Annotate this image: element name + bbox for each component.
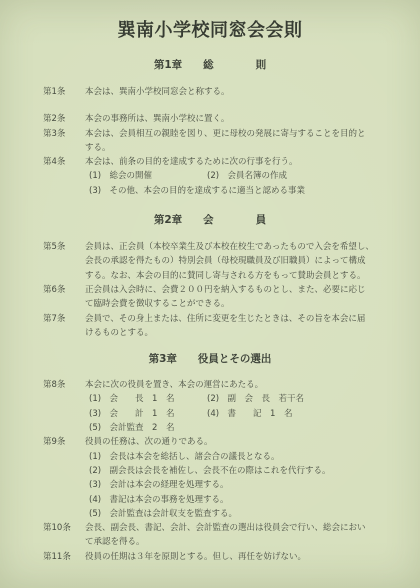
article-item-row: (1) 総会の開催 (2) 会員名簿の作成 [85, 169, 402, 183]
article-11: 第11条 役員の任期は３年を原則とする。但し、再任を妨げない。 [0, 550, 420, 564]
article-item: (1) 総会の開催 [89, 169, 207, 183]
article-9: 第9条 役員の任務は、次の通りである。 (1) 会長は本会を総括し、諸会合の議長… [0, 435, 420, 521]
article-2: 第2条 本会の事務所は、巽南小学校に置く。 [0, 112, 420, 126]
article-5: 第5条 会員は、正会員（本校卒業生及び本校在校生であったもので入会を希望し、 会… [0, 240, 420, 283]
article-8: 第8条 本会に次の役員を置き、本会の運営にあたる。 (1) 会 長 1 名 (2… [0, 378, 420, 435]
article-item-row: (3) 会 計 1 名 (4) 書 記 1 名 [85, 407, 402, 421]
article-line: 本会は、巽南小学校同窓会と称する。 [85, 85, 402, 99]
article-item: (3) 会計は本会の経理を処理する。 [89, 478, 229, 492]
article-line: て承認を得る。 [85, 535, 402, 549]
article-line: 会長の承認を得たもの）特別会員（母校現職員及び旧職員）によって構成 [85, 254, 402, 268]
article-number: 第9条 [43, 435, 85, 449]
article-number: 第7条 [43, 312, 85, 326]
article-line: 本会に次の役員を置き、本会の運営にあたる。 [85, 378, 402, 392]
article-10: 第10条 会長、副会長、書記、会計、会計監査の選出は役員会で行い、総会におい て… [0, 521, 420, 550]
article-number: 第10条 [43, 521, 85, 535]
page-title: 巽南小学校同窓会会則 [0, 20, 420, 42]
article-number: 第11条 [43, 550, 85, 564]
article-line: 会員は、正会員（本校卒業生及び本校在校生であったもので入会を希望し、 [85, 240, 402, 254]
article-item: (2) 会員名簿の作成 [207, 169, 287, 183]
chapter-3-heading: 第3章 役員とその選出 [0, 352, 420, 366]
article-line: て臨時会費を徴収することができる。 [85, 297, 402, 311]
article-line: 役員の任務は、次の通りである。 [85, 435, 402, 449]
article-item: (4) 書記は本会の事務を処理する。 [89, 493, 229, 507]
article-line: 会員で、その身上または、住所に変更を生じたときは、その旨を本会に届 [85, 312, 402, 326]
article-item-row: (2) 副会長は会長を補佐し、会長不在の際はこれを代行する。 [85, 464, 402, 478]
article-4: 第4条 本会は、前条の目的を達成するために次の行事を行う。 (1) 総会の開催 … [0, 155, 420, 198]
article-item: (3) 会 計 1 名 [89, 407, 207, 421]
article-item: (1) 会 長 1 名 [89, 392, 207, 406]
chapter-1-heading: 第1章 総 則 [0, 58, 420, 72]
article-6: 第6条 正会員は入会時に、会費２００円を納入するものとし、また、必要に応じ て臨… [0, 283, 420, 312]
article-number: 第3条 [43, 127, 85, 141]
article-number: 第6条 [43, 283, 85, 297]
article-item: (1) 会長は本会を総括し、諸会合の議長となる。 [89, 450, 280, 464]
article-line: 会長、副会長、書記、会計、会計監査の選出は役員会で行い、総会におい [85, 521, 402, 535]
article-line: する。 [85, 141, 402, 155]
article-item: (5) 会計監査は会計収支を監査する。 [89, 507, 237, 521]
article-item-row: (5) 会計監査は会計収支を監査する。 [85, 507, 402, 521]
article-item: (3) その他、本会の目的を達成するに適当と認める事業 [89, 184, 305, 198]
article-line: 本会の事務所は、巽南小学校に置く。 [85, 112, 402, 126]
article-item-row: (1) 会長は本会を総括し、諸会合の議長となる。 [85, 450, 402, 464]
article-item: (4) 書 記 1 名 [207, 407, 292, 421]
article-line: する。なお、本会の目的に賛同し寄与される方をもって賛助会員とする。 [85, 269, 402, 283]
article-line: 本会は、会員相互の親睦を図り、更に母校の発展に寄与することを目的と [85, 127, 402, 141]
article-item-row: (4) 書記は本会の事務を処理する。 [85, 493, 402, 507]
article-line: 正会員は入会時に、会費２００円を納入するものとし、また、必要に応じ [85, 283, 402, 297]
document-page: 巽南小学校同窓会会則 第1章 総 則 第1条 本会は、巽南小学校同窓会と称する。… [0, 0, 420, 588]
article-1: 第1条 本会は、巽南小学校同窓会と称する。 [0, 85, 420, 99]
article-7: 第7条 会員で、その身上または、住所に変更を生じたときは、その旨を本会に届 ける… [0, 312, 420, 341]
article-item-row: (5) 会計監査 2 名 [85, 421, 402, 435]
article-number: 第1条 [43, 85, 85, 99]
article-item: (2) 副 会 長 若干名 [207, 392, 304, 406]
article-number: 第2条 [43, 112, 85, 126]
article-item-row: (3) その他、本会の目的を達成するに適当と認める事業 [85, 184, 402, 198]
article-item-row: (1) 会 長 1 名 (2) 副 会 長 若干名 [85, 392, 402, 406]
article-number: 第8条 [43, 378, 85, 392]
article-item: (2) 副会長は会長を補佐し、会長不在の際はこれを代行する。 [89, 464, 331, 478]
article-item-row: (3) 会計は本会の経理を処理する。 [85, 478, 402, 492]
chapter-2-heading: 第2章 会 員 [0, 213, 420, 227]
article-line: けるものとする。 [85, 326, 402, 340]
article-line: 役員の任期は３年を原則とする。但し、再任を妨げない。 [85, 550, 402, 564]
article-3: 第3条 本会は、会員相互の親睦を図り、更に母校の発展に寄与することを目的と する… [0, 127, 420, 156]
article-number: 第5条 [43, 240, 85, 254]
article-number: 第4条 [43, 155, 85, 169]
article-line: 本会は、前条の目的を達成するために次の行事を行う。 [85, 155, 402, 169]
article-item: (5) 会計監査 2 名 [89, 421, 174, 435]
